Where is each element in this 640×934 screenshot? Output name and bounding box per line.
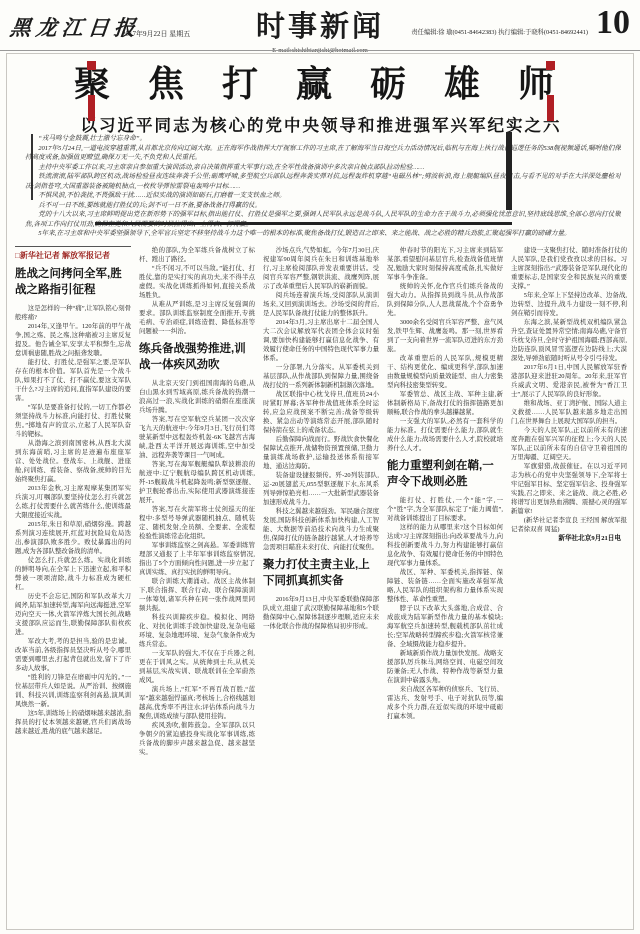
lede-paragraph: “戎马鸣兮金鼓震,壮士激兮忘身命”。 <box>25 134 621 144</box>
article-column-1: □新华社记者 解放军报记者胜战之问拷问全军,胜战之路指引征程这是怎样的一种“痛”… <box>15 246 131 922</box>
paragraph: 2014年,又逢甲午。120年前的甲午战争,国之殇、民之殇,这种痛被习主席反复提… <box>15 322 131 358</box>
page-number: 10 <box>596 4 630 42</box>
paragraph: 维和战场、亚丁湾护航、国际人道主义救援……人民军队越来越多地走出国门,在世界舞台… <box>511 399 627 426</box>
paragraph: 后勤保障向战而行。野战饮食快餐化保障试点推开,战储物资预置预储,卫勤力量演练战场… <box>263 435 379 471</box>
lede-paragraph: 不惧风浪,不怕袭扰,不畏强敌干扰……近似实战的演训如砺石,打磨着一支支铁血之师。 <box>25 191 621 201</box>
paragraph: 从难从严训练,是习主席反复强调的要求。部队训练监察制度全面推开,专挑毛病、专治顽… <box>139 300 255 336</box>
paragraph: 科技兴训蹄疾步稳。模拟化、网络化、对抗化训练手段加快建设,复杂电磁环境、复杂地理… <box>139 613 255 649</box>
dateline: 新华社北京9月21日电 <box>511 534 627 544</box>
paragraph: 一支强大的军队,必然有一套科学的能力标准。打仗需要什么能力,部队就生成什么能力;… <box>387 417 503 453</box>
banner-title: 聚 焦 打 赢 砺 雄 师 <box>7 56 635 107</box>
paragraph: 历史不会忘记,国防和军队改革大刀阔斧,陆军加速转型,海军向远海挺进,空军迈向空天… <box>15 592 131 637</box>
paragraph: 2017年6月1日,中国人民解放军驻香港部队迎来进驻20周年。20年来,驻军官兵… <box>511 363 627 399</box>
red-square-accent-left <box>87 61 96 70</box>
paragraph: “胜利的刀锋是在磨砺中闪光的。”一位基层带兵人如是说。从严治训、按纲施训、科技兴… <box>15 673 131 709</box>
byline: □新华社记者 解放军报记者 <box>15 246 131 261</box>
section-title: 时事新闻 <box>220 4 420 45</box>
page-header: 黑龙江日报 2017年9月22日 星期五 时事新闻 E-mail:shishib… <box>0 0 640 50</box>
paragraph: 答案,写在火箭军将士仗剑巡天的征程中:多型号导弹武器随机抽点、随机装定、随机发射… <box>139 505 255 541</box>
editors-credit: 责任编辑:徐 瑜(0451-84642383) 执行编辑:于晓科(0451-84… <box>411 27 588 36</box>
red-square-accent-right <box>546 61 555 70</box>
paragraph: 2016年9月13日,中央军委联勤保障部队成立,组建了武汉联勤保障基地和5个联勤… <box>263 595 379 631</box>
paragraph: 能打仗、打胜仗,一个“能”字,一个“胜”字,为全军部队标定了“能力阈值”,对战备… <box>387 496 503 523</box>
paragraph: 这样的能力从哪里来?这个目标如何达成?习主席深刻指出:向改革要战斗力,向科技创新… <box>387 523 503 568</box>
reporters-signature: (新华社记者李宣良 王经国 解放军报记者徐双喜 周猛) <box>511 516 627 534</box>
article-column-2: 绝的部队,为全军练兵备战树立了标杆、蹚出了路径。“兵不闲习,不可以当敌。”能打仗… <box>139 246 255 922</box>
content-frame: 聚 焦 打 赢 砺 雄 师 以习近平同志为核心的党中央领导和推进强军兴军纪实之六… <box>6 53 634 930</box>
lede-block: “戎马鸣兮金鼓震,壮士激兮忘身命”。2017年5月24日,一道电波穿越重霄,从首… <box>25 134 621 238</box>
paragraph: 战区联指中心枕戈待旦,值班员24小时紧盯屏幕;各军种作战值班体系全时运转,应急应… <box>263 390 379 435</box>
paragraph: 一支军队的强大,不仅在于兵器之利,更在于训风之实。从统帅到士兵,从机关到基层,实… <box>139 649 255 685</box>
paragraph: 能打仗、打胜仗,是强军之要,是军队存在的根本价值。军队首先是一个战斗队,如果打不… <box>15 358 131 403</box>
paragraph: 军旗猎猎,战鼓催征。在以习近平同志为核心的党中央坚强领导下,全军将士牢记强军目标… <box>511 462 627 516</box>
paragraph: 这是怎样的一种“痛”,让军队铭心刻骨般疼痛? <box>15 304 131 322</box>
paragraph: 军事训练监察之剑高悬。军委训练管理部又通报了上半年军事训练监察情况,指出了5个方… <box>139 541 255 577</box>
paragraph: 阅兵场连着演兵场,受阅部队从演训场来,又回到演训场去。沙场受阅的背后,是人民军队… <box>263 291 379 318</box>
paragraph: 这5年,训练场上的硝烟味越来越浓,指挥员的打仗本领越来越硬,官兵们离战场越来越近… <box>15 709 131 736</box>
lede-paragraph: 兵不可一日不练,要练就能打胜仗的兵;剑不可一日不备,要备战备打得赢的仗。 <box>25 201 621 211</box>
paragraph: 装备建设捷报频传。歼-20列装部队,运-20展翅蓝天,055型驱逐舰下水,东风系… <box>263 471 379 507</box>
paragraph: 答案,写在空军航空兵某团一次次穿飞九天的航迹中:今年9月3日,飞行员们驾驶某新型… <box>139 415 255 460</box>
paragraph: 今天的人民军队,正以前所未有的速度奔跑在强军兴军的征程上;今天的人民军队,正以前… <box>511 426 627 462</box>
paragraph: 改革重塑后的人民军队,规模更精干、结构更优化、编成更科学,部队加速由数量规模型向… <box>387 354 503 390</box>
paragraph: 5年来,全军上下坚持边改革、边备战,边转型、边提升,战斗力建设一刻不停,利剑在鞘… <box>511 291 627 318</box>
paragraph: 2015年,朱日和草原,硝烟弥漫。跨越系列演习连续展开,红蓝对抗险局危局迭出,参… <box>15 520 131 556</box>
paragraph: 来自战区各军种的侦察兵、飞行员、雷达兵、发射号手、电子对抗队员等,编成多个兵力群… <box>387 685 503 721</box>
article-columns: □新华社记者 解放军报记者胜战之问拷问全军,胜战之路指引征程这是怎样的一种“痛”… <box>15 246 627 922</box>
paragraph: 科技之翼越来越强劲。军民融合深度发展,国防科技创新体系加快构建,人工智能、大数据… <box>263 507 379 552</box>
column-heading: 能力重塑利剑在鞘,一声令下战则必胜 <box>387 458 503 490</box>
paragraph: 2013年金秋,习主席观摩某集团军实兵演习,叮嘱部队要坚持仗怎么打兵就怎么练,打… <box>15 484 131 520</box>
paragraph: 疾风劲吹,催阵鼓急。全军部队以只争朝夕的紧迫感投身实战化军事训练,练兵备战的脚步… <box>139 721 255 757</box>
paragraph: 沙场点兵,气势如虹。今年7月30日,庆祝建军90周年阅兵在朱日和训练基地举行,习… <box>263 246 379 291</box>
paragraph: 答案,写在海军舰艇编队犁波耕浪的航迹中:辽宁舰航母编队跨区机动训练,歼-15舰载… <box>139 460 255 505</box>
paragraph: 战区、军种、军委机关,指挥链、保障链、装备链……全面实施改革强军战略,人民军队的… <box>387 568 503 604</box>
banner-headline-block: 聚 焦 打 赢 砺 雄 师 以习近平同志为核心的党中央领导和推进强军兴军纪实之六 <box>7 56 635 136</box>
paragraph: 一分部署,九分落实。从军委机关到基层部队,从作战部队到保障力量,围绕备战打仗的一… <box>263 363 379 390</box>
paragraph: 东海之滨,某新型战机双机编队紧急升空,查证处置异常空情;南海岛礁,守备官兵枕戈待… <box>511 318 627 363</box>
paragraph: “兵不闲习,不可以当敌。”能打仗、打胜仗,靠的是实打实的真功夫,来不得半点虚假。… <box>139 264 255 300</box>
red-bar-accent-right <box>547 95 554 121</box>
paragraph: 新域新质作战力量加快发展。战略支援部队厉兵秣马,网络空间、电磁空间攻防兼备;无人… <box>387 649 503 685</box>
red-bar-accent-left <box>88 95 95 121</box>
paragraph: 演兵场上,“红军”不再百战百胜,“蓝军”越来越强悍逼真;考核场上,合格线越划越高… <box>139 685 255 721</box>
lede-paragraph: 主持中央军委工作以来,习主席亲自参加重大演训活动,亲自决策指挥重大军事行动,在全… <box>25 163 621 173</box>
article-column-5: 建设一支聚焦打仗、随时准备打仗的人民军队,是我们党孜孜以求的目标。习主席深刻指出… <box>511 246 627 922</box>
paragraph: 2014年3月,习主席出席十二届全国人大二次会议解放军代表团全体会议时强调,要加… <box>263 318 379 363</box>
publication-date: 2017年9月22日 星期五 <box>122 29 190 39</box>
article-column-4: 仲春时节的阳光下,习主席来到陆军某部,看望慰问基层官兵,检查战备值班情况,勉励大… <box>387 246 503 922</box>
paragraph: 从北京天安门到祖国南海的岛礁,从白山黑水到雪域高原,练兵备战的热潮一浪高过一浪,… <box>139 379 255 415</box>
lede-paragraph: 5年来,在习主席和中央军委坚强领导下,全军官兵坚定不移坚持战斗力这个唯一的根本的… <box>25 229 621 238</box>
article-column-3: 沙场点兵,气势如虹。今年7月30日,庆祝建军90周年阅兵在朱日和训练基地举行,习… <box>263 246 379 922</box>
banner-subtitle: 以习近平同志为核心的党中央领导和推进强军兴军纪实之六 <box>7 112 635 136</box>
paragraph: “军队是要准备打仗的,一切工作都必须坚持战斗力标准,向能打仗、打胜仗聚焦。”掷地… <box>15 403 131 439</box>
masthead-center: 时事新闻 E-mail:shishibianjishi@hotmail.com <box>220 4 420 54</box>
paragraph: 3000余名受阅官兵军容严整、意气风发,铁甲生辉、战鹰轰鸣。那一刻,世界看到了一… <box>387 318 503 354</box>
paragraph: 联合训练大潮涌动。战区主战体制下,联合指挥、联合行动、联合保障演训一体筹划,诸军… <box>139 577 255 613</box>
paragraph: 仗怎么打,兵就怎么练。实战化训练的鲜明导向,在全军上下迅速立起,和平积弊被一项项… <box>15 556 131 592</box>
paragraph: 统帅的关怀,化作官兵们练兵备战的强大动力。从指挥员到战斗员,从作战部队到保障分队… <box>387 282 503 318</box>
lede-paragraph: 2017年5月24日,一道电波穿越重霄,从首都北京传向辽阔大海。正在海军作战指挥… <box>25 144 621 163</box>
paragraph: 军委管总、战区主战、军种主建,新体制新格局下,备战打仗的指挥链路更加顺畅,联合作… <box>387 390 503 417</box>
column-heading: 胜战之问拷问全军,胜战之路指引征程 <box>15 266 131 298</box>
column-heading: 练兵备战强势推进,训战一体疾风劲吹 <box>139 341 255 373</box>
column-heading: 聚力打仗主责主业,上下同抓真抓实备 <box>263 557 379 589</box>
lede-paragraph: 铁流滚滚,陆军部队跨区机动,战场检验昼夜连续奔袭千公里;砺鹰呼啸,多型航空兵部队… <box>25 172 621 191</box>
lede-paragraph: 党的十八大以来,习主席鲜明提出党在新形势下的强军目标,指出能打仗、打胜仗是强军之… <box>25 210 621 229</box>
paragraph: 仲春时节的阳光下,习主席来到陆军某部,看望慰问基层官兵,检查战备值班情况,勉励大… <box>387 246 503 282</box>
paragraph: 从渤海之滨到南国密林,从西北大漠到东海前哨,习主席的足迹遍布座座军营、处处战位。… <box>15 439 131 484</box>
header-divider <box>0 50 640 51</box>
paragraph: 军改大考,考的是担当,验的是忠诚。改革当前,各级指挥员坚决听从号令,哪里需要到哪… <box>15 637 131 673</box>
paragraph: 建设一支聚焦打仗、随时准备打仗的人民军队,是我们党孜孜以求的目标。习主席深刻指出… <box>511 246 627 291</box>
paragraph: 绝的部队,为全军练兵备战树立了标杆、蹚出了路径。 <box>139 246 255 264</box>
paragraph: 脖子以下改革大头落地,合成营、合成旅成为陆军新型作战力量的基本模块;海军航空兵加… <box>387 604 503 649</box>
